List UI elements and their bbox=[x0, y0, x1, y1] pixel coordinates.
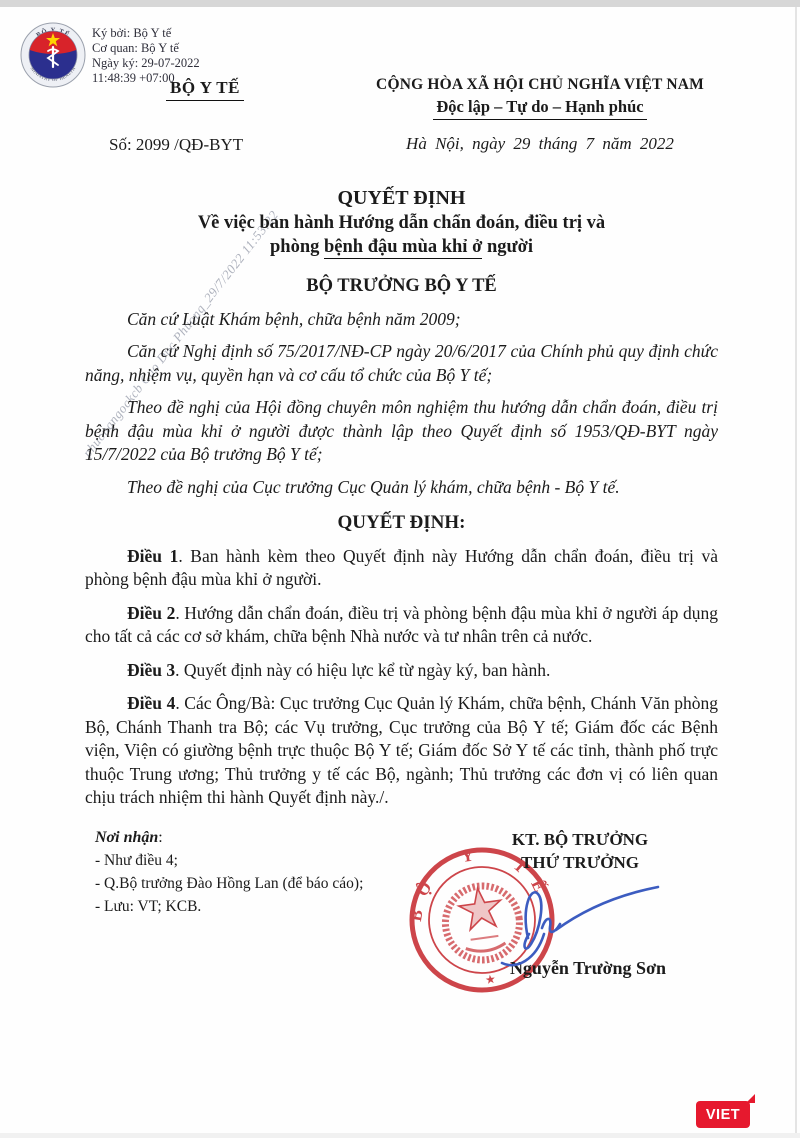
document-subtitle-line1: Về việc ban hành Hướng dẫn chẩn đoán, đi… bbox=[85, 211, 718, 235]
cert-signed-by: Ký bởi: Bộ Y tế bbox=[92, 26, 200, 41]
document-subtitle-line2: phòng bệnh đậu mùa khỉ ở người bbox=[85, 235, 718, 259]
article-4: Điều 4. Các Ông/Bà: Cục trưởng Cục Quản … bbox=[85, 692, 718, 810]
badge-corner-icon bbox=[746, 1094, 755, 1103]
top-edge-strip bbox=[0, 0, 800, 7]
article-4-text: . Các Ông/Bà: Cục trưởng Cục Quản lý Khá… bbox=[85, 693, 718, 807]
right-edge-line bbox=[795, 7, 797, 1138]
document-title: QUYẾT ĐỊNH bbox=[85, 186, 718, 211]
subtitle-underlined: bệnh đậu mùa khỉ ở bbox=[324, 237, 482, 259]
preamble-paragraph: Theo đề nghị của Cục trưởng Cục Quản lý … bbox=[85, 476, 718, 500]
article-2-label: Điều 2 bbox=[127, 603, 175, 623]
recipients-heading-colon: : bbox=[158, 829, 162, 846]
article-2: Điều 2. Hướng dẫn chẩn đoán, điều trị và… bbox=[85, 602, 718, 649]
signer-title-2: THỨ TRƯỞNG bbox=[465, 851, 695, 874]
viet-logo-badge: VIET bbox=[696, 1101, 750, 1128]
national-motto: Độc lập – Tự do – Hạnh phúc bbox=[433, 97, 646, 120]
article-4-label: Điều 4 bbox=[127, 693, 175, 713]
issuer-heading: BỘ TRƯỞNG BỘ Y TẾ bbox=[85, 275, 718, 299]
digital-certificate-block: BỘ Y TẾ MINISTRY OF HEALTH Ký bởi: Bộ Y … bbox=[20, 22, 200, 88]
document-number: Số: 2099 /QĐ-BYT bbox=[95, 135, 315, 155]
header-right-column: CỘNG HÒA XÃ HỘI CHỦ NGHĨA VIỆT NAM Độc l… bbox=[360, 76, 720, 154]
article-1-text: . Ban hành kèm theo Quyết định này Hướng… bbox=[85, 546, 718, 590]
header-left-column: BỘ Y TẾ Số: 2099 /QĐ-BYT bbox=[95, 78, 315, 155]
article-1: Điều 1. Ban hành kèm theo Quyết định này… bbox=[85, 545, 718, 592]
recipients-heading-text: Nơi nhận bbox=[95, 829, 158, 846]
document-page: BỘ Y TẾ MINISTRY OF HEALTH Ký bởi: Bộ Y … bbox=[0, 0, 800, 1138]
cert-sign-time: 11:48:39 +07:00 bbox=[92, 71, 200, 86]
recipients-block: Nơi nhận: - Như điều 4; - Q.Bộ trưởng Đà… bbox=[95, 826, 363, 918]
ministry-of-health-logo-icon: BỘ Y TẾ MINISTRY OF HEALTH bbox=[20, 22, 86, 88]
national-title: CỘNG HÒA XÃ HỘI CHỦ NGHĨA VIỆT NAM bbox=[360, 76, 720, 94]
preamble-paragraph: Căn cứ Nghị định số 75/2017/NĐ-CP ngày 2… bbox=[85, 340, 718, 387]
subtitle-prefix: phòng bbox=[270, 237, 324, 257]
document-body: QUYẾT ĐỊNH Về việc ban hành Hướng dẫn ch… bbox=[85, 186, 718, 810]
recipient-item: - Q.Bộ trưởng Đào Hồng Lan (để báo cáo); bbox=[95, 872, 363, 895]
decision-heading: QUYẾT ĐỊNH: bbox=[85, 511, 718, 535]
article-1-label: Điều 1 bbox=[127, 546, 178, 566]
signer-titles: KT. BỘ TRƯỞNG THỨ TRƯỞNG bbox=[465, 828, 695, 874]
article-2-text: . Hướng dẫn chẩn đoán, điều trị và phòng… bbox=[85, 603, 718, 647]
cert-sign-date: Ngày ký: 29-07-2022 bbox=[92, 56, 200, 71]
recipients-heading: Nơi nhận: bbox=[95, 826, 363, 849]
badge-label: VIET bbox=[706, 1107, 740, 1123]
preamble-section: Căn cứ Luật Khám bệnh, chữa bệnh năm 200… bbox=[85, 308, 718, 500]
article-3-label: Điều 3 bbox=[127, 660, 175, 680]
signer-title-1: KT. BỘ TRƯỞNG bbox=[465, 828, 695, 851]
cert-agency: Cơ quan: Bộ Y tế bbox=[92, 41, 200, 56]
article-3-text: . Quyết định này có hiệu lực kể từ ngày … bbox=[175, 660, 550, 680]
recipient-item: - Như điều 4; bbox=[95, 849, 363, 872]
bottom-edge-strip bbox=[0, 1133, 800, 1138]
subtitle-suffix: người bbox=[482, 237, 533, 257]
preamble-paragraph: Căn cứ Luật Khám bệnh, chữa bệnh năm 200… bbox=[85, 308, 718, 332]
handwritten-signature-icon bbox=[498, 874, 666, 974]
place-dateline: Hà Nội, ngày 29 tháng 7 năm 2022 bbox=[360, 134, 720, 154]
article-3: Điều 3. Quyết định này có hiệu lực kể từ… bbox=[85, 659, 718, 683]
recipient-item: - Lưu: VT; KCB. bbox=[95, 895, 363, 918]
preamble-paragraph: Theo đề nghị của Hội đồng chuyên môn ngh… bbox=[85, 396, 718, 467]
